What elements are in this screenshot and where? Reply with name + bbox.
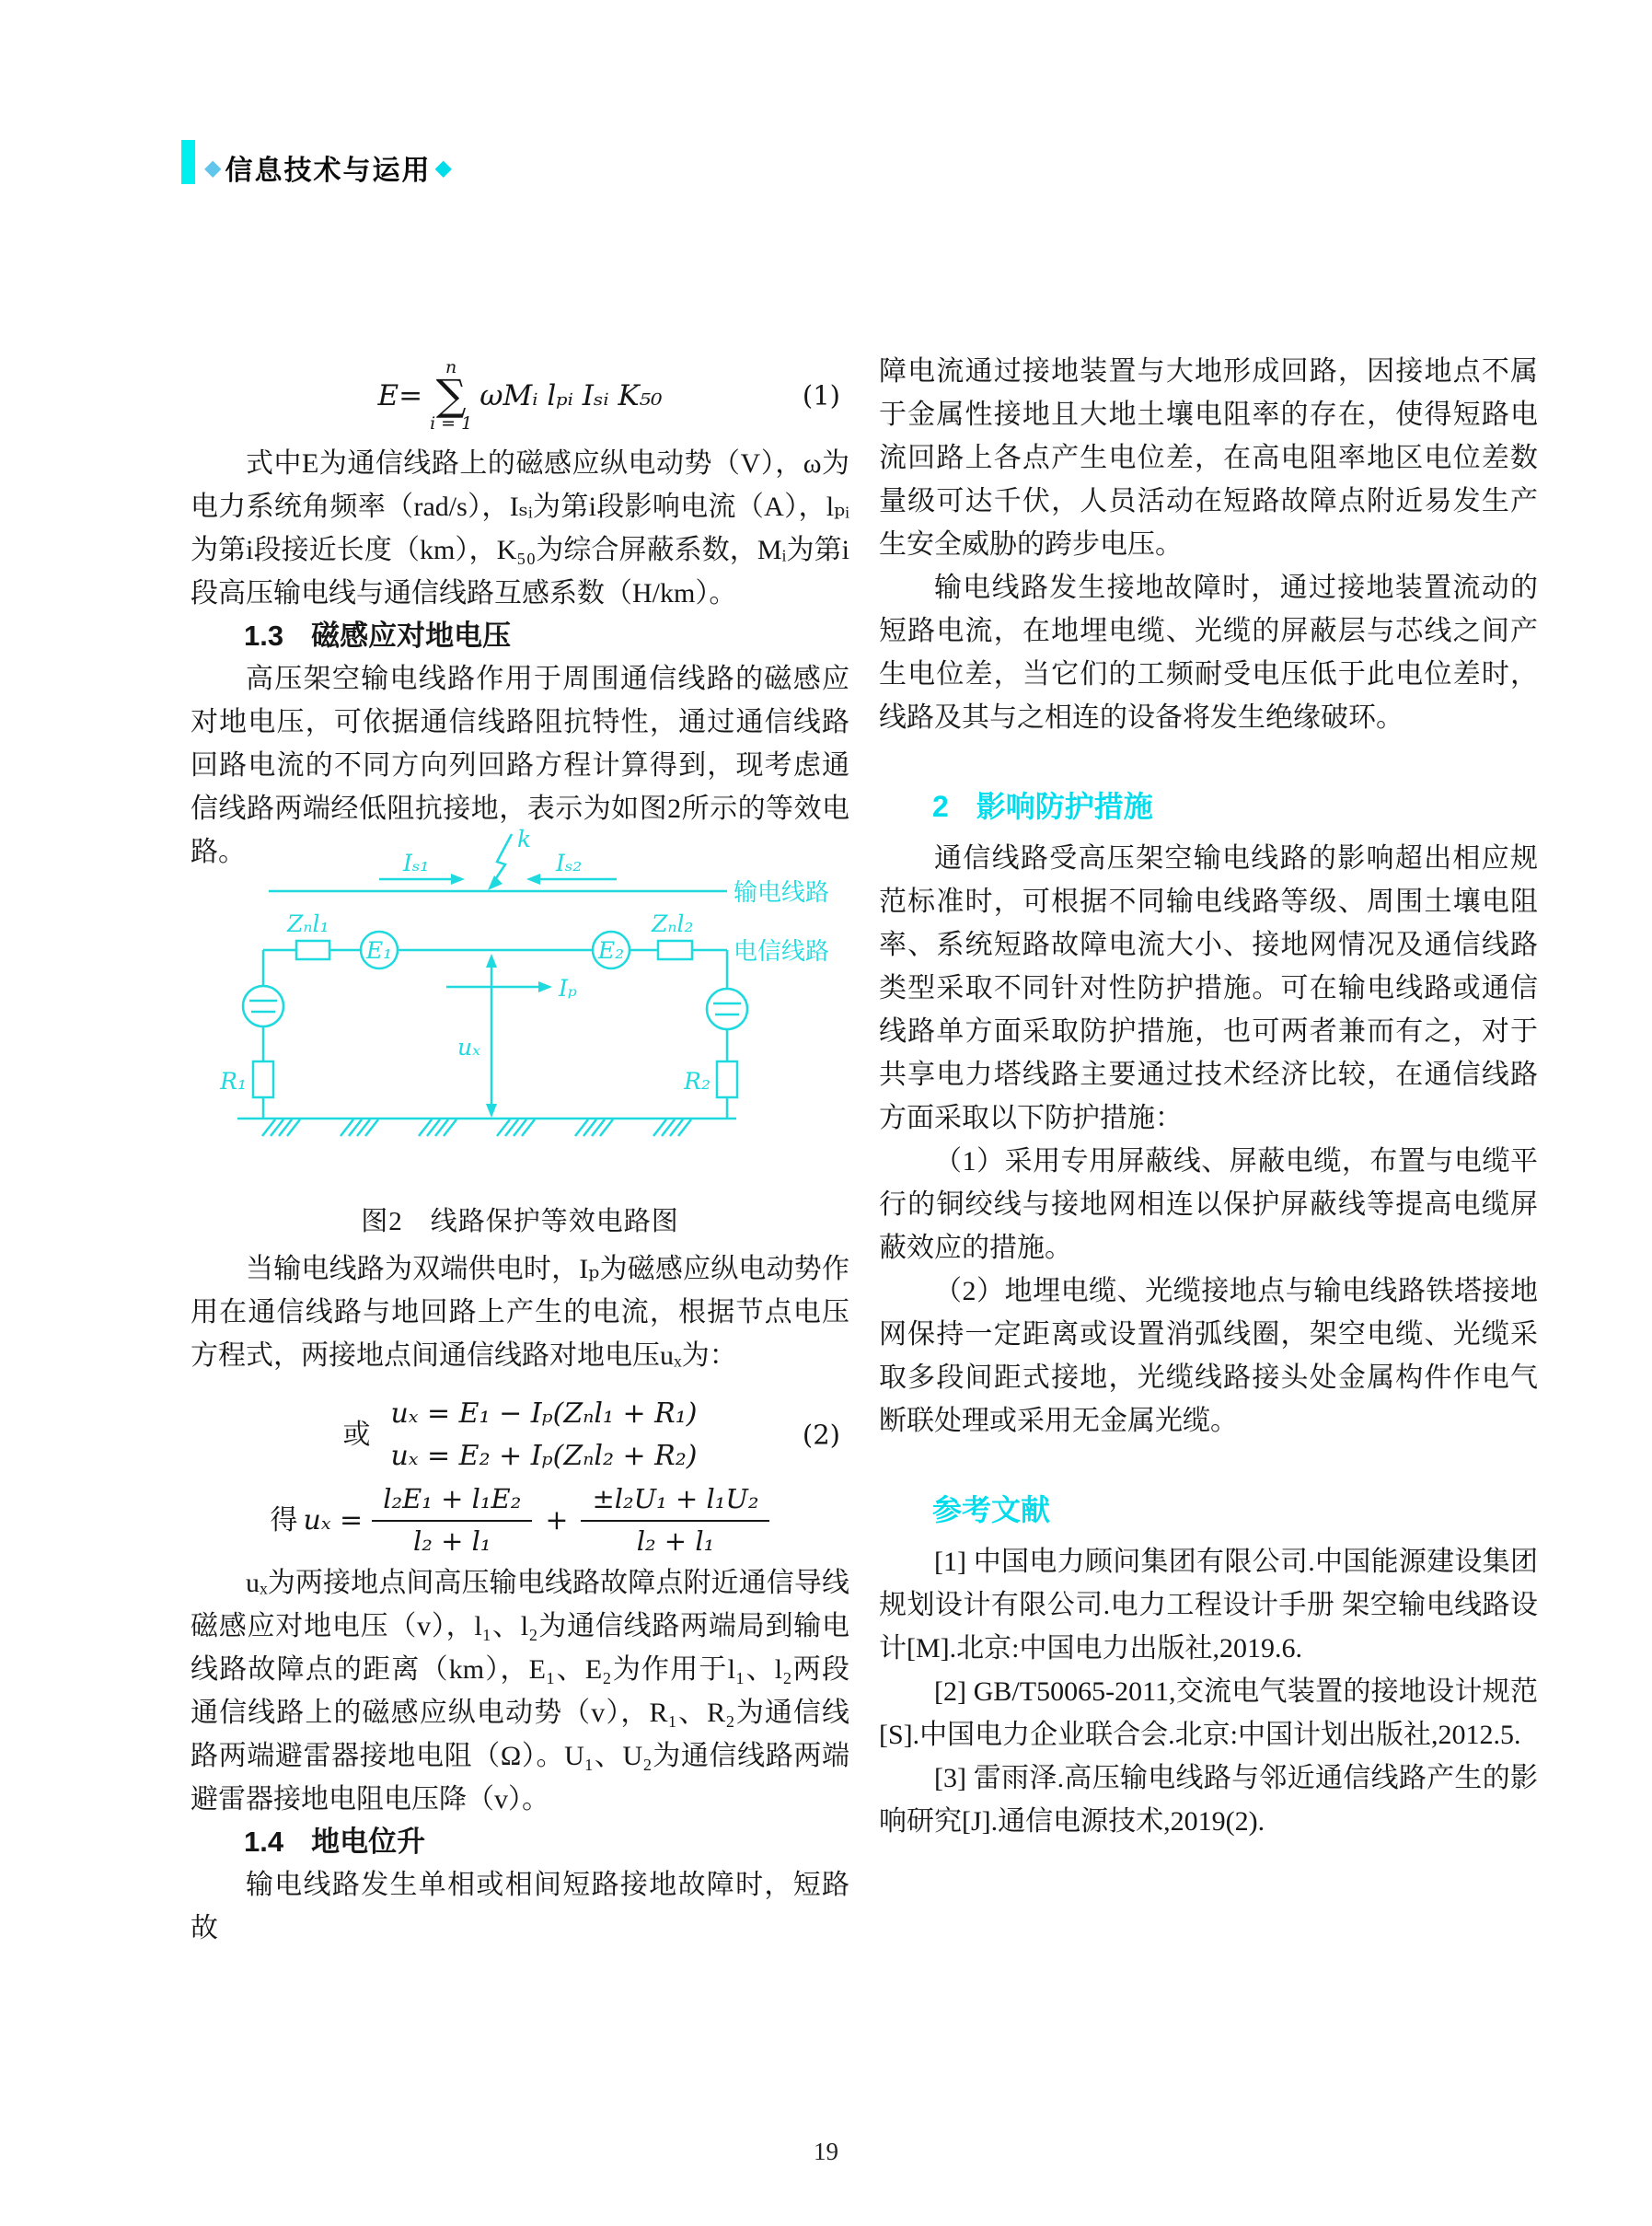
figure-caption: 图2 线路保护等效电路图 (191, 1203, 849, 1240)
journal-page: ◆ 信息技术与运用 ◆ E = n ∑ i = 1 ωMᵢ lₚᵢ Iₛᵢ K₅… (0, 0, 1652, 2226)
formula-1-lhs: E (377, 375, 399, 418)
fraction-numerator: l₂E₁ + l₁E₂ (372, 1484, 532, 1521)
circuit-diagram: Iₛ₁ k Iₛ₂ 输电线路 Zₙl₁ E₁ E₂ Zₙl₂ 电信线路 Iₚ u… (184, 810, 865, 1160)
references-heading: 参考文献 (932, 1490, 1538, 1529)
resistor-r2-box (717, 1061, 737, 1097)
impedance-z1-box (296, 941, 329, 959)
sum-lower-limit: i = 1 (430, 415, 472, 433)
formula-2-result: 得 uₓ = l₂E₁ + l₁E₂ l₂ + l₁ + ±l₂U₁ + l₁U… (191, 1479, 849, 1561)
telecom-line-label: 电信线路 (734, 938, 829, 966)
e2-label: E₂ (597, 937, 624, 964)
arrester-left (243, 986, 283, 1026)
r2-label: R₂ (683, 1068, 710, 1095)
reference-item: [2] GB/T50065-2011,交流电气装置的接地设计规范[S].中国电力… (879, 1670, 1538, 1756)
ip-label: Iₚ (558, 975, 577, 1002)
equation-number: (1) (803, 375, 840, 418)
column-section-title: 信息技术与运用 (225, 147, 431, 188)
fraction-denominator: l₂ + l₁ (413, 1522, 491, 1557)
reference-item: [1] 中国电力顾问集团有限公司.中国能源建设集团规划设计有限公司.电力工程设计… (879, 1540, 1538, 1670)
paragraph: uₓ为两接地点间高压输电线路故障点附近通信导线磁感应对地电压（v），l₁、l₂为… (191, 1561, 849, 1821)
ux-arrowhead-top (486, 954, 497, 968)
paragraph: 当输电线路为双端供电时，Iₚ为磁感应纵电动势作用在通信线路与地回路上产生的电流，… (191, 1247, 849, 1377)
power-line-label: 输电线路 (734, 879, 829, 907)
equation-2b: uₓ = E₂ + Iₚ(Zₙl₂ + R₂) (390, 1440, 697, 1473)
section-number: 1.3 (244, 620, 283, 652)
ground-hatches (262, 1119, 691, 1136)
formula-1-terms: ωMᵢ lₚᵢ Iₛᵢ K₅₀ (479, 375, 662, 418)
paragraph: 障电流通过接地装置与大地形成回路，因接地点不属于金属性接地且大地土壤电阻率的存在… (879, 350, 1538, 566)
equation-2a: uₓ = E₁ − Iₚ(Zₙl₁ + R₁) (390, 1397, 697, 1431)
equation-number: (2) (803, 1413, 840, 1456)
page-header: ◆ 信息技术与运用 ◆ (181, 138, 456, 186)
summation-symbol: n ∑ i = 1 (430, 359, 472, 432)
section-number: 2 (932, 790, 949, 823)
r1-label: R₁ (219, 1068, 247, 1095)
section-title: 地电位升 (311, 1826, 425, 1858)
fault-point-label: k (517, 826, 531, 852)
z1-label: Zₙl₁ (286, 910, 329, 937)
is2-arrowhead (526, 874, 540, 885)
ux-label: uₓ (457, 1034, 480, 1061)
paragraph: 式中E为通信线路上的磁感应纵电动势（V），ω为电力系统角频率（rad/s），Iₛ… (191, 442, 849, 615)
is2-label: Iₛ₂ (555, 850, 582, 876)
fraction-numerator: ±l₂U₁ + l₁U₂ (581, 1484, 769, 1521)
arrester-right (707, 989, 747, 1029)
e1-label: E₁ (365, 937, 392, 964)
section-heading-1-3: 1.3磁感应对地电压 (244, 617, 849, 655)
ip-arrowhead (538, 981, 552, 992)
z2-label: Zₙl₂ (651, 910, 694, 937)
diamond-icon: ◆ (204, 157, 221, 180)
reference-item: [3] 雷雨泽.高压输电线路与邻近通信线路产生的影响研究[J].通信电源技术,2… (879, 1756, 1538, 1843)
section-heading-1-4: 1.4地电位升 (244, 1823, 849, 1861)
formula-1-equals: = (399, 375, 422, 418)
section-title: 影响防护措施 (976, 790, 1153, 823)
paragraph: 输电线路发生单相或相间短路接地故障时，短路故 (191, 1863, 849, 1950)
section-heading-2: 2影响防护措施 (932, 787, 1538, 826)
plus-sign: + (545, 1499, 568, 1542)
section-title: 参考文献 (932, 1493, 1050, 1526)
paragraph: （1）采用专用屏蔽线、屏蔽电缆，布置与电缆平行的铜绞线与接地网相连以保护屏蔽线等… (879, 1140, 1538, 1270)
paragraph: （2）地埋电缆、光缆接地点与输电线路铁塔接地网保持一定距离或设置消弧线圈，架空电… (879, 1270, 1538, 1443)
is1-arrowhead (451, 874, 465, 885)
formula-2-system: 或 uₓ = E₁ − Iₚ(Zₙl₁ + R₁) uₓ = E₂ + Iₚ(Z… (191, 1386, 849, 1483)
resistor-r1-box (253, 1061, 273, 1097)
arrester-left-plates (249, 1001, 277, 1012)
page-number: 19 (0, 2138, 1652, 2166)
fraction-denominator: l₂ + l₁ (637, 1522, 715, 1557)
formula-2-lhs: uₓ = (304, 1499, 364, 1542)
formula-1: E = n ∑ i = 1 ωMᵢ lₚᵢ Iₛᵢ K₅₀ (1) (191, 350, 849, 442)
sigma-icon: ∑ (436, 377, 467, 414)
is1-label: Iₛ₁ (402, 850, 429, 876)
header-bar (181, 140, 195, 184)
column-right: 障电流通过接地装置与大地形成回路，因接地点不属于金属性接地且大地土壤电阻率的存在… (879, 350, 1538, 1843)
get-label: 得 (271, 1499, 298, 1542)
or-label: 或 (342, 1413, 370, 1456)
section-title: 磁感应对地电压 (311, 620, 511, 652)
paragraph: 输电线路发生接地故障时，通过接地装置流动的短路电流，在地埋电缆、光缆的屏蔽层与芯… (879, 566, 1538, 739)
diamond-icon: ◆ (434, 157, 451, 180)
fraction: ±l₂U₁ + l₁U₂ l₂ + l₁ (581, 1484, 769, 1557)
fraction: l₂E₁ + l₁E₂ l₂ + l₁ (372, 1484, 532, 1557)
lightning-icon (492, 834, 512, 884)
arrester-right-plates (713, 1003, 741, 1014)
lightning-arrowhead (488, 875, 503, 890)
impedance-z2-box (658, 941, 692, 959)
paragraph: 通信线路受高压架空输电线路的影响超出相应规范标准时，可根据不同输电线路等级、周围… (879, 837, 1538, 1140)
section-number: 1.4 (244, 1826, 283, 1858)
ux-arrowhead-bottom (486, 1104, 497, 1118)
